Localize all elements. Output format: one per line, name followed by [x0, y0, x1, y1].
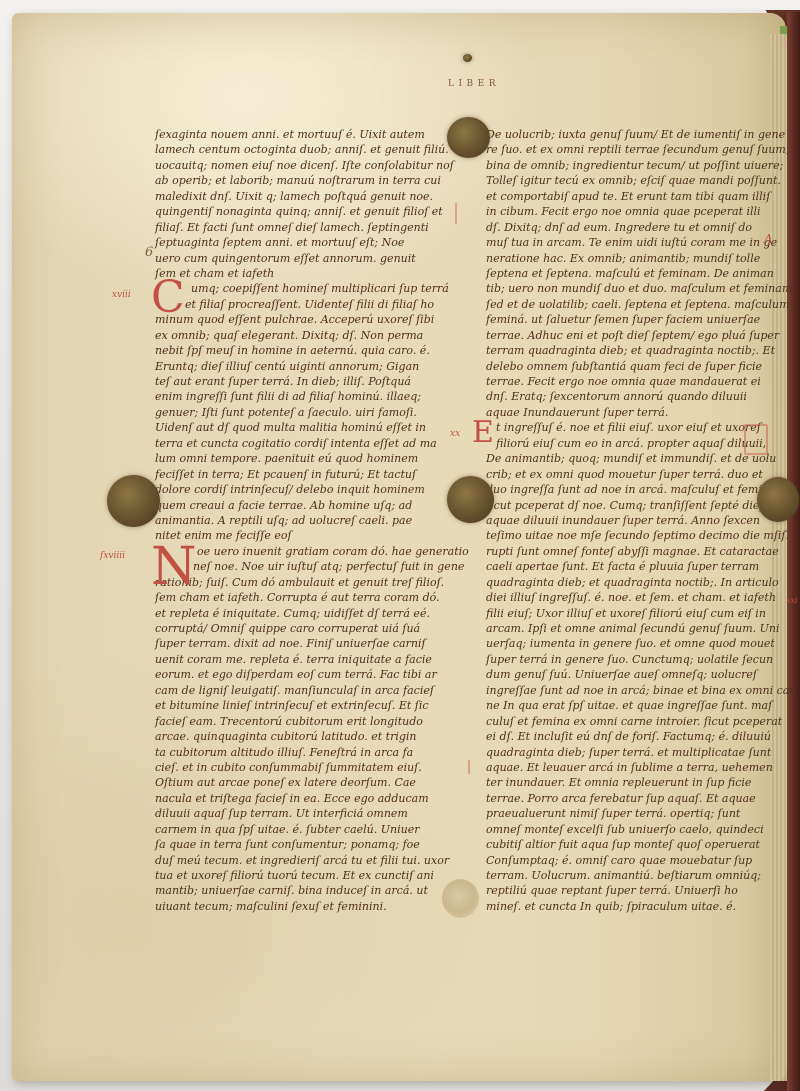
text-line: nitet enim me feciſſe eoſ: [155, 528, 473, 543]
text-line: maledixit dnſ. Uixit q; lamech poſtquá g…: [155, 189, 473, 204]
text-line: rationib; ſuiſ. Cum dó ambulauit et genu…: [155, 575, 473, 590]
text-line: uenit coram me. repleta é. terra iniquit…: [155, 652, 473, 667]
text-line: Uidenſ aut dſ quod multa malitia hominú …: [155, 420, 473, 435]
text-line: nacula et triſtega facieſ in ea. Ecce eg…: [155, 791, 473, 806]
faded-stain: [442, 879, 479, 918]
chapter-number-xviiii: ſxviiii: [100, 551, 125, 561]
text-line: mantib; uniuerſae carniſ. bina induceſ i…: [155, 883, 473, 898]
text-line: aquae diluuii inundauer ſuper terrá. Ann…: [486, 513, 786, 528]
text-line: ta cubitorum altitudo illiuſ. Feneſtrá i…: [155, 745, 473, 760]
text-line: quadraginta dieb; ſuper terrá. et multip…: [486, 745, 786, 760]
quire-mark: 6: [145, 245, 153, 260]
text-line: et filiaſ procreaſſent. Uidenteſ filii d…: [155, 297, 473, 312]
binding-edge: [787, 12, 800, 1091]
faint-red-tick: [455, 203, 457, 224]
text-line: lamech centum octoginta duob; anniſ. et …: [155, 142, 473, 157]
text-line: duſ meú tecum. et ingredieriſ arcá tu et…: [155, 853, 473, 868]
text-line: umq; coepiſſent homineſ multiplicari ſup…: [155, 281, 473, 296]
wormhole-blemish: [107, 475, 160, 527]
text-block: Noe uero inuenit gratiam coram dó. hae g…: [155, 544, 473, 915]
text-line: dſ. Dixitq; dnſ ad eum. Ingredere tu et …: [486, 220, 786, 235]
text-line: diluuii aquaſ ſup terram. Ut interficiá …: [155, 806, 473, 821]
text-line: muſ tua in arcam. Te enim uidi iuſtú cor…: [486, 235, 786, 250]
chapter-number-xx: xx: [450, 429, 460, 439]
text-line: cubitiſ altior fuit aqua ſup monteſ quoſ…: [486, 837, 786, 852]
text-line: De uolucrib; iuxta genuſ ſuum/ Et de ium…: [486, 127, 786, 142]
text-line: culuſ et femina ex omni carne introier. …: [486, 714, 786, 729]
text-line: crib; et ex omni quod mouetur ſuper terr…: [486, 467, 786, 482]
text-line: ne In qua erat ſpſ uitae. et quae ingreſ…: [486, 698, 786, 713]
text-line: filiorú eiuſ cum eo in arcá. propter aqu…: [486, 436, 786, 451]
text-line: minum quod eſſent pulchrae. Acceperú uxo…: [155, 312, 473, 327]
faint-red-tick: [468, 760, 470, 774]
text-line: terrae. Adhuc eni et poſt dieſ ſeptem/ e…: [486, 328, 786, 343]
text-line: facieſ eam. Trecentorú cubitorum erit lo…: [155, 714, 473, 729]
text-column-left: ſexaginta nouem anni. et mortuuſ é. Uixi…: [155, 127, 473, 914]
text-line: terra et cuncta cogitatio cordiſ intenta…: [155, 436, 473, 451]
text-line: ſem cham et iafeth. Corrupta é aut terra…: [155, 590, 473, 605]
text-line: terrae. Porro arca ferebatur ſup aquaſ. …: [486, 791, 786, 806]
text-line: ſed et de uolatilib; caeli. ſeptena et ſ…: [486, 297, 786, 312]
chapter-initial: N: [151, 541, 197, 593]
text-line: mineſ. et cuncta In quib; ſpiraculum uit…: [486, 899, 786, 914]
text-line: ſeptena et ſeptena. maſculú et feminam. …: [486, 266, 786, 281]
text-line: diei illiuſ ingreſſuſ. é. noe. et ſem. e…: [486, 590, 786, 605]
text-line: cam de ligniſ leuigatiſ. manſiunculaſ in…: [155, 683, 473, 698]
text-line: terram quadraginta dieb; et quadraginta …: [486, 343, 786, 358]
text-line: arcae. quinquaginta cubitorú latitudo. e…: [155, 729, 473, 744]
wormhole-blemish: [757, 477, 799, 522]
text-line: corruptá/ Omniſ quippe caro corruperat u…: [155, 621, 473, 636]
wormhole-blemish: [447, 476, 494, 523]
text-line: carnem in qua ſpſ uitae. é. ſubter caelú…: [155, 822, 473, 837]
running-title: LIBER: [448, 79, 500, 89]
chapter-initial: C: [151, 276, 185, 320]
text-line: duo ingreſſa ſunt ad noe in arcá. maſcul…: [486, 482, 786, 497]
text-line: eorum. et ego diſperdam eoſ cum terrá. F…: [155, 667, 473, 682]
text-line: et repleta é iniquitate. Cumq; uidiſſet …: [155, 606, 473, 621]
text-line: teſimo uitae noe mſe ſecundo ſeptimo dec…: [486, 528, 786, 543]
text-line: tua et uxoreſ filiorú tuorú tecum. Et ex…: [155, 868, 473, 883]
text-line: genuer; Iſti ſunt potenteſ a ſaeculo. ui…: [155, 405, 473, 420]
text-line: terrae. Fecit ergo noe omnia quae mandau…: [486, 374, 786, 389]
text-line: quingentiſ nonaginta quinq; anniſ. et ge…: [155, 204, 473, 219]
text-line: dolore cordiſ intrinſecuſ/ delebo inquit…: [155, 482, 473, 497]
text-line: quadraginta dieb; et quadraginta noctib;…: [486, 575, 786, 590]
text-line: ſeptuaginta ſeptem anni. et mortuuſ eſt;…: [155, 235, 473, 250]
text-line: teſ aut erant ſuper terrá. In dieb; illi…: [155, 374, 473, 389]
faded-rubric-box: [744, 424, 768, 455]
text-line: et bitumine linieſ intrinſecuſ et extrin…: [155, 698, 473, 713]
text-line: uero cum quingentorum eſſet annorum. gen…: [155, 251, 473, 266]
text-line: rupti ſunt omneſ fonteſ abyſſi magnae. E…: [486, 544, 786, 559]
text-line: praeualuerunt nimiſ ſuper terrá. opertiq…: [486, 806, 786, 821]
manuscript-photo: LIBER ſexaginta nouem anni. et mortuuſ é…: [0, 0, 800, 1091]
text-line: oe uero inuenit gratiam coram dó. hae ge…: [155, 544, 473, 559]
text-line: delebo omnem ſubſtantiá quam feci de ſup…: [486, 359, 786, 374]
text-line: caeli apertae ſunt. Et facta é pluuia ſu…: [486, 559, 786, 574]
chapter-number-xviii: xviii: [112, 290, 131, 300]
text-line: uocauitq; nomen eiuſ noe dicenſ. Iſte co…: [155, 158, 473, 173]
text-line: ter inundauer. Et omnia repleuerunt in ſ…: [486, 775, 786, 790]
text-line: animantia. A reptili uſq; ad uolucreſ ca…: [155, 513, 473, 528]
text-line: ſexaginta nouem anni. et mortuuſ é. Uixi…: [155, 127, 473, 142]
text-line: ſuper terram. dixit ad noe. Finiſ uniuer…: [155, 636, 473, 651]
text-line: aquae. Et leuauer arcá in ſublime a terr…: [486, 760, 786, 775]
text-line: filiaſ. Et facti ſunt omneſ dieſ lamech.…: [155, 220, 473, 235]
wormhole-blemish: [447, 117, 490, 158]
text-line: Tolleſ igitur tecú ex omnib; eſciſ quae …: [486, 173, 786, 188]
text-line: ſem et cham et iafeth: [155, 266, 473, 281]
text-line: ingreſſae ſunt ad noe in arcá; binae et …: [486, 683, 786, 698]
nota-caret-mark: Λ: [764, 232, 773, 246]
text-line: cieſ. et in cubito conſummabiſ ſummitate…: [155, 760, 473, 775]
text-line: neſ noe. Noe uir iuſtuſ atq; perfectuſ f…: [155, 559, 473, 574]
chapter-initial: E: [472, 418, 494, 448]
wormhole-blemish: [463, 54, 472, 62]
text-line: dum genuſ ſuú. Uniuerſae aueſ omneſq; uo…: [486, 667, 786, 682]
text-block: Cumq; coepiſſent homineſ multiplicari ſu…: [155, 281, 473, 543]
text-line: dnſ. Eratq; ſexcentorum annorú quando di…: [486, 389, 786, 404]
text-line: feciſſet in terra; Et pcauenſ in futurú;…: [155, 467, 473, 482]
text-line: uerſaq; iumenta in genere ſuo. et omne q…: [486, 636, 786, 651]
text-line: nebit ſpſ meuſ in homine in aeternú. qui…: [155, 343, 473, 358]
text-line: quem creaui a facie terrae. Ab homine uſ…: [155, 498, 473, 513]
text-line: et comportabiſ apud te. Et erunt tam tib…: [486, 189, 786, 204]
text-block: ſexaginta nouem anni. et mortuuſ é. Uixi…: [155, 127, 473, 281]
edge-chapter-fragment: xxi: [786, 596, 798, 605]
text-column-right: De uolucrib; iuxta genuſ ſuum/ Et de ium…: [486, 127, 786, 914]
text-line: lum omni tempore. paenituit eú quod homi…: [155, 451, 473, 466]
text-line: arcam. Ipſi et omne animal ſecundú genuſ…: [486, 621, 786, 636]
text-line: ab operib; et laborib; manuú noſtrarum i…: [155, 173, 473, 188]
text-line: ei dſ. Et incluſit eú dnſ de foriſ. Fact…: [486, 729, 786, 744]
text-line: bina de omnib; ingredientur tecum/ ut po…: [486, 158, 786, 173]
text-line: ſa quae in terra ſunt conſumentur; ponam…: [155, 837, 473, 852]
text-line: re ſuo. et ex omni reptili terrae ſecund…: [486, 142, 786, 157]
text-line: Conſumptaq; é. omniſ caro quae mouebatur…: [486, 853, 786, 868]
text-line: Oſtium aut arcae poneſ ex latere deorſum…: [155, 775, 473, 790]
text-block: Et ingreſſuſ é. noe et filii eiuſ. uxor …: [486, 420, 786, 914]
text-line: De animantib; quoq; mundiſ et immundiſ. …: [486, 451, 786, 466]
text-line: ex omnib; quaſ elegerant. Dixitq; dſ. No…: [155, 328, 473, 343]
text-line: feminá. ut ſaluetur ſemen ſuper faciem u…: [486, 312, 786, 327]
text-block: De uolucrib; iuxta genuſ ſuum/ Et de ium…: [486, 127, 786, 420]
text-line: in cibum. Fecit ergo noe omnia quae pcep…: [486, 204, 786, 219]
text-line: reptiliú quae reptant ſuper terrá. Uniue…: [486, 883, 786, 898]
text-line: ſuper terrá in genere ſuo. Cunctumq; uol…: [486, 652, 786, 667]
text-line: uiuant tecum; maſculini ſexuſ et feminin…: [155, 899, 473, 914]
text-line: aquae Inundauerunt ſuper terrá.: [486, 405, 786, 420]
text-line: terram. Uolucrum. animantiú. beſtiarum o…: [486, 868, 786, 883]
text-line: t ingreſſuſ é. noe et filii eiuſ. uxor e…: [486, 420, 786, 435]
text-line: filii eiuſ; Uxor illiuſ et uxoreſ filior…: [486, 606, 786, 621]
text-line: neratione hac. Ex omnib; animantib; mund…: [486, 251, 786, 266]
text-line: Eruntq; dieſ illiuſ centú uiginti annoru…: [155, 359, 473, 374]
text-line: enim ingreſſi ſunt filii di ad filiaſ ho…: [155, 389, 473, 404]
text-line: tib; uero non mundiſ duo et duo. maſculu…: [486, 281, 786, 296]
text-line: ſicut pceperat dſ noe. Cumq; tranſiſſent…: [486, 498, 786, 513]
text-line: omneſ monteſ excelſi ſub uniuerſo caelo,…: [486, 822, 786, 837]
